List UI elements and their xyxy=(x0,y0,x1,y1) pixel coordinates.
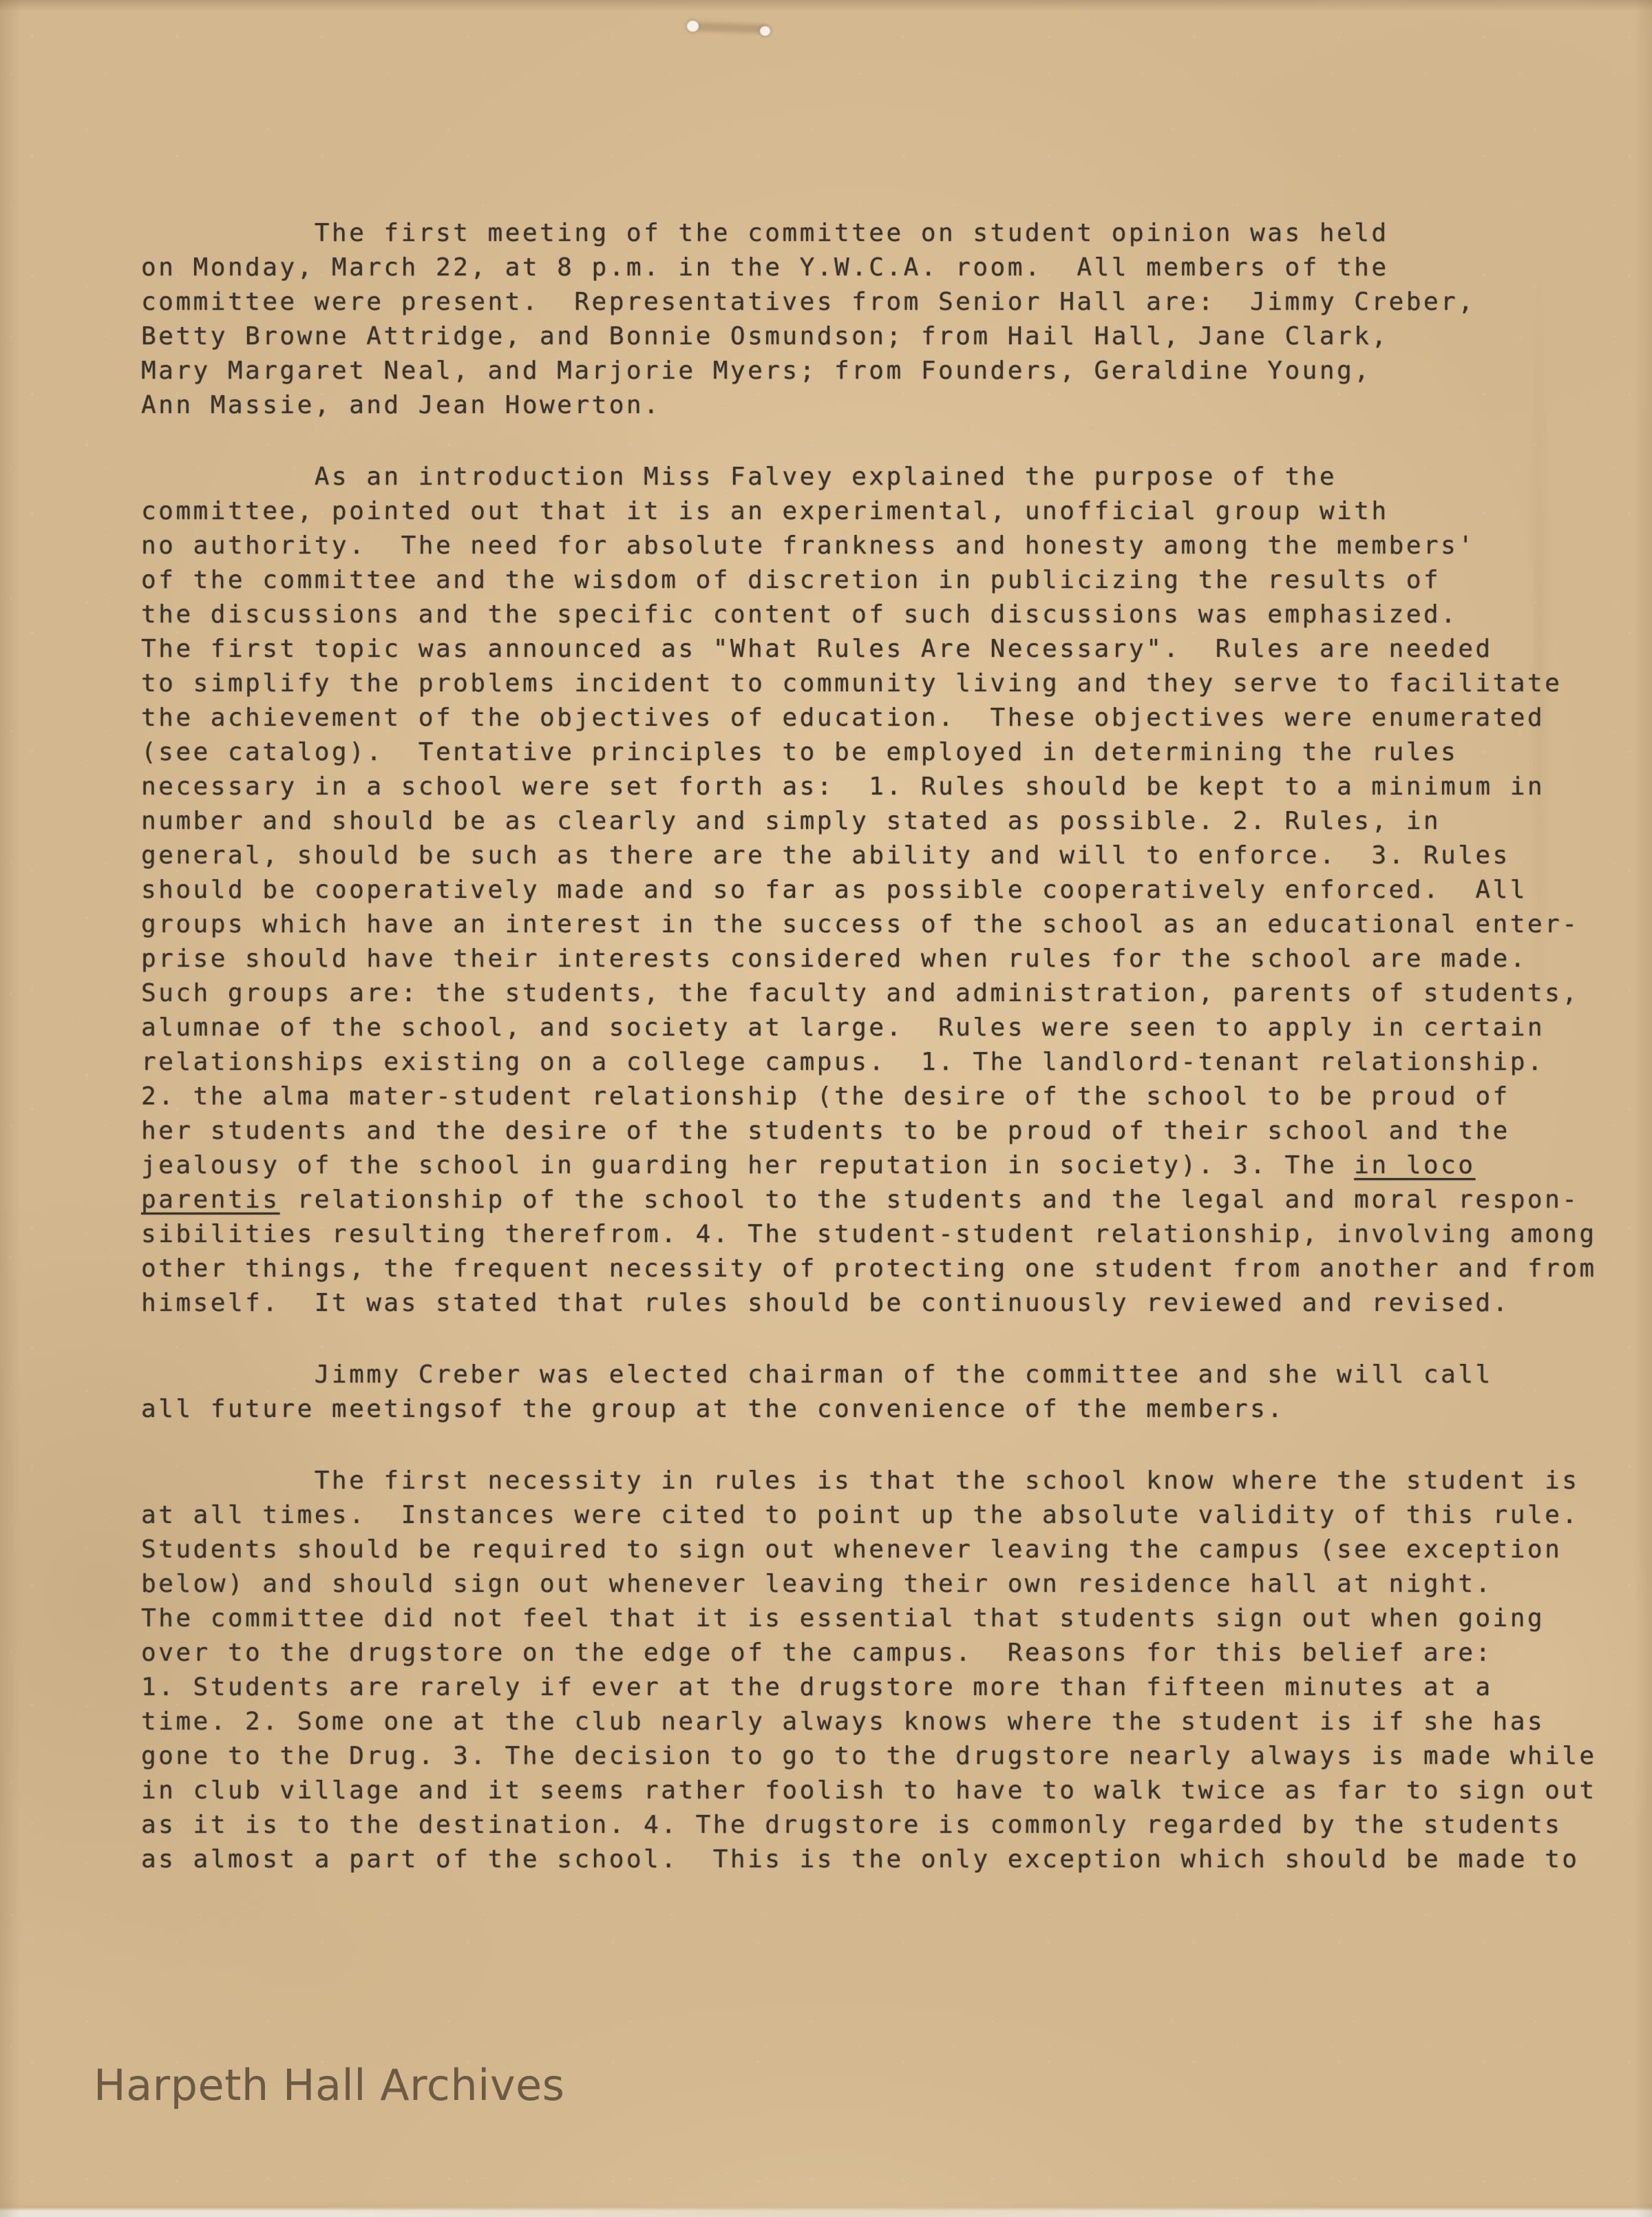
text-segment: The first necessity in rules is that the… xyxy=(141,1467,1579,1495)
text-line: in club village and it seems rather fool… xyxy=(141,1774,1628,1808)
text-segment: groups which have an interest in the suc… xyxy=(141,910,1579,938)
text-segment: committee, pointed out that it is an exp… xyxy=(141,497,1389,525)
text-line: over to the drugstore on the edge of the… xyxy=(141,1636,1628,1670)
text-line: the discussions and the specific content… xyxy=(141,598,1628,632)
text-line: general, should be such as there are the… xyxy=(141,839,1628,873)
text-segment: the discussions and the specific content… xyxy=(141,600,1458,629)
text-segment: the achievement of the objectives of edu… xyxy=(141,704,1545,732)
text-line: As an introduction Miss Falvey explained… xyxy=(141,460,1628,494)
text-line: relationships existing on a college camp… xyxy=(141,1045,1628,1080)
text-line: no authority. The need for absolute fran… xyxy=(141,529,1628,563)
text-segment: below) and should sign out whenever leav… xyxy=(141,1570,1493,1598)
text-line: of the committee and the wisdom of discr… xyxy=(141,563,1628,598)
text-line: Betty Browne Attridge, and Bonnie Osmund… xyxy=(141,319,1628,354)
text-segment: general, should be such as there are the… xyxy=(141,841,1510,870)
text-line: Jimmy Creber was elected chairman of the… xyxy=(141,1358,1628,1392)
watermark-text: Harpeth Hall Archives xyxy=(94,2064,564,2107)
text-segment: (see catalog). Tentative principles to b… xyxy=(141,738,1458,766)
text-line: 1. Students are rarely if ever at the dr… xyxy=(141,1670,1628,1705)
text-segment: Ann Massie, and Jean Howerton. xyxy=(141,391,661,419)
text-segment: over to the drugstore on the edge of the… xyxy=(141,1639,1493,1667)
underlined-text: parentis xyxy=(141,1186,279,1214)
text-segment: at all times. Instances were cited to po… xyxy=(141,1501,1579,1529)
text-segment: of the committee and the wisdom of discr… xyxy=(141,566,1441,594)
paragraph: As an introduction Miss Falvey explained… xyxy=(141,460,1628,1321)
text-line: as it is to the destination. 4. The drug… xyxy=(141,1808,1628,1842)
text-line: on Monday, March 22, at 8 p.m. in the Y.… xyxy=(141,251,1628,285)
text-segment: other things, the frequent necessity of … xyxy=(141,1254,1597,1283)
text-segment: Jimmy Creber was elected chairman of the… xyxy=(141,1360,1493,1389)
text-line: parentis relationship of the school to t… xyxy=(141,1183,1628,1217)
document-page: The first meeting of the committee on st… xyxy=(0,0,1652,2217)
text-line: as almost a part of the school. This is … xyxy=(141,1842,1628,1877)
text-segment: committee were present. Representatives … xyxy=(141,288,1475,316)
paragraph: The first necessity in rules is that the… xyxy=(141,1464,1628,1877)
text-line: gone to the Drug. 3. The decision to go … xyxy=(141,1739,1628,1774)
text-segment: Betty Browne Attridge, and Bonnie Osmund… xyxy=(141,322,1389,350)
text-segment: her students and the desire of the stude… xyxy=(141,1117,1510,1145)
text-segment: relationships existing on a college camp… xyxy=(141,1048,1545,1076)
text-line: committee were present. Representatives … xyxy=(141,285,1628,319)
text-line: 2. the alma mater-student relationship (… xyxy=(141,1080,1628,1114)
text-line: necessary in a school were set forth as:… xyxy=(141,770,1628,804)
text-line: The first topic was announced as "What R… xyxy=(141,632,1628,666)
text-segment: alumnae of the school, and society at la… xyxy=(141,1013,1545,1042)
text-line: (see catalog). Tentative principles to b… xyxy=(141,735,1628,770)
text-line: The committee did not feel that it is es… xyxy=(141,1601,1628,1636)
text-segment: number and should be as clearly and simp… xyxy=(141,807,1441,835)
text-line: below) and should sign out whenever leav… xyxy=(141,1567,1628,1601)
staple-hole xyxy=(760,26,770,36)
text-segment: Such groups are: the students, the facul… xyxy=(141,979,1579,1007)
text-segment: Students should be required to sign out … xyxy=(141,1535,1562,1564)
text-segment: time. 2. Some one at the club nearly alw… xyxy=(141,1708,1545,1736)
paragraph: Jimmy Creber was elected chairman of the… xyxy=(141,1358,1628,1427)
text-line: at all times. Instances were cited to po… xyxy=(141,1498,1628,1533)
text-segment: as it is to the destination. 4. The drug… xyxy=(141,1811,1562,1839)
text-segment: The first meeting of the committee on st… xyxy=(141,219,1389,247)
staple-hole xyxy=(687,21,699,32)
text-segment: Mary Margaret Neal, and Marjorie Myers; … xyxy=(141,357,1371,385)
text-line: to simplify the problems incident to com… xyxy=(141,666,1628,701)
text-line: Ann Massie, and Jean Howerton. xyxy=(141,388,1628,423)
text-line: time. 2. Some one at the club nearly alw… xyxy=(141,1705,1628,1739)
text-segment: on Monday, March 22, at 8 p.m. in the Y.… xyxy=(141,253,1389,282)
text-line: Mary Margaret Neal, and Marjorie Myers; … xyxy=(141,354,1628,388)
text-line: committee, pointed out that it is an exp… xyxy=(141,494,1628,529)
text-segment: as almost a part of the school. This is … xyxy=(141,1845,1579,1873)
text-line: Such groups are: the students, the facul… xyxy=(141,976,1628,1011)
text-segment: jealousy of the school in guarding her r… xyxy=(141,1151,1354,1179)
text-line: himself. It was stated that rules should… xyxy=(141,1286,1628,1321)
text-segment: to simplify the problems incident to com… xyxy=(141,669,1562,697)
text-segment: in club village and it seems rather fool… xyxy=(141,1776,1597,1805)
text-line: other things, the frequent necessity of … xyxy=(141,1252,1628,1286)
paragraph: The first meeting of the committee on st… xyxy=(141,216,1628,423)
text-segment: As an introduction Miss Falvey explained… xyxy=(141,463,1337,491)
text-segment: gone to the Drug. 3. The decision to go … xyxy=(141,1742,1597,1770)
text-line: her students and the desire of the stude… xyxy=(141,1114,1628,1148)
text-segment: no authority. The need for absolute fran… xyxy=(141,532,1475,560)
underlined-text: in loco xyxy=(1354,1151,1475,1179)
document-body: The first meeting of the committee on st… xyxy=(141,216,1628,1914)
text-line: The first meeting of the committee on st… xyxy=(141,216,1628,251)
text-line: the achievement of the objectives of edu… xyxy=(141,701,1628,735)
text-line: groups which have an interest in the suc… xyxy=(141,907,1628,942)
text-segment: The committee did not feel that it is es… xyxy=(141,1604,1545,1632)
text-segment: 1. Students are rarely if ever at the dr… xyxy=(141,1673,1493,1701)
text-segment: 2. the alma mater-student relationship (… xyxy=(141,1082,1510,1111)
text-line: jealousy of the school in guarding her r… xyxy=(141,1148,1628,1183)
text-segment: necessary in a school were set forth as:… xyxy=(141,773,1545,801)
text-line: Students should be required to sign out … xyxy=(141,1533,1628,1567)
text-line: number and should be as clearly and simp… xyxy=(141,804,1628,839)
text-segment: relationship of the school to the studen… xyxy=(279,1186,1579,1214)
text-line: should be cooperatively made and so far … xyxy=(141,873,1628,907)
text-segment: all future meetingsof the group at the c… xyxy=(141,1395,1284,1423)
text-line: sibilities resulting therefrom. 4. The s… xyxy=(141,1217,1628,1252)
text-line: prise should have their interests consid… xyxy=(141,942,1628,976)
text-line: all future meetingsof the group at the c… xyxy=(141,1392,1628,1427)
text-segment: sibilities resulting therefrom. 4. The s… xyxy=(141,1220,1597,1248)
text-segment: himself. It was stated that rules should… xyxy=(141,1289,1510,1317)
text-line: alumnae of the school, and society at la… xyxy=(141,1011,1628,1045)
text-segment: prise should have their interests consid… xyxy=(141,945,1527,973)
text-line: The first necessity in rules is that the… xyxy=(141,1464,1628,1498)
paper-smudge xyxy=(697,22,768,34)
text-segment: The first topic was announced as "What R… xyxy=(141,635,1493,663)
text-segment: should be cooperatively made and so far … xyxy=(141,876,1527,904)
